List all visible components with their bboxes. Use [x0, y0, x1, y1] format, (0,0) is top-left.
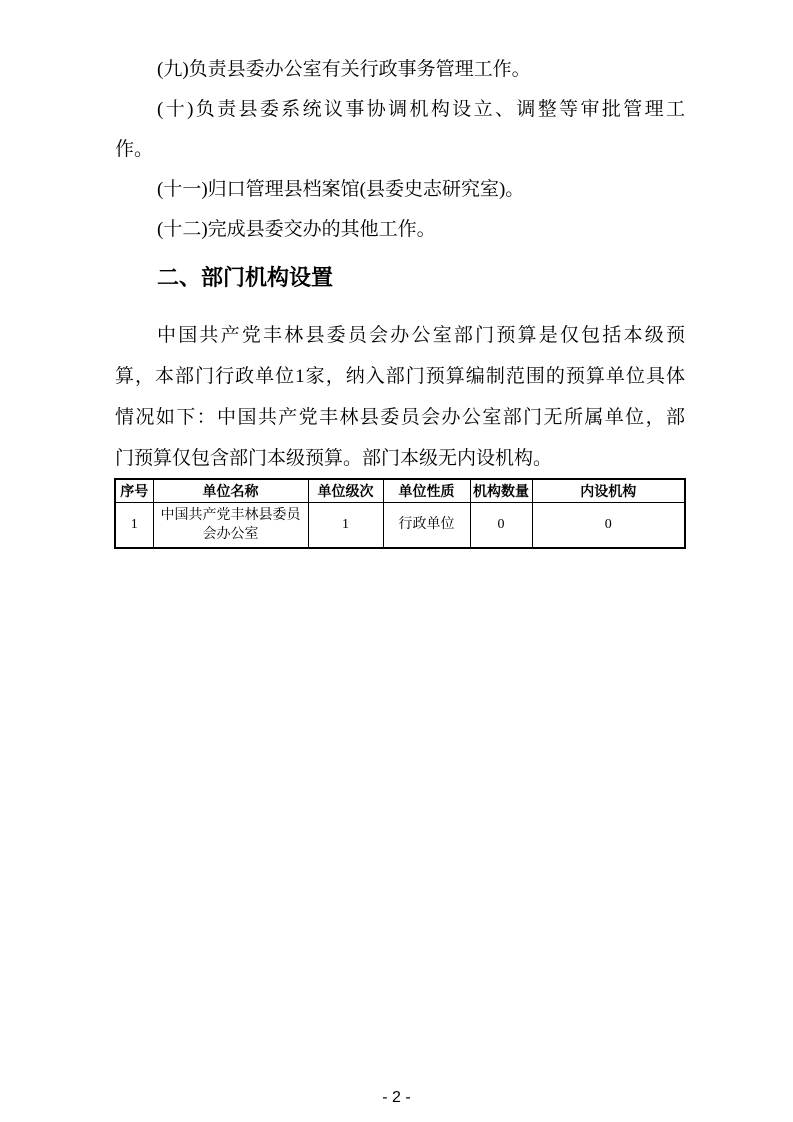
duty-item-12: (十二)完成县委交办的其他工作。 — [115, 210, 685, 250]
cell-unit-name: 中国共产党丰林县委员会办公室 — [153, 502, 308, 548]
org-paragraph-line-1: 中国共产党丰林县委员会办公室部门预算是仅包括本级预 — [115, 315, 685, 356]
header-internal-orgs: 内设机构 — [532, 479, 685, 502]
cell-unit-nature: 行政单位 — [383, 502, 470, 548]
cell-internal-orgs: 0 — [532, 502, 685, 548]
org-units-table: 序号 单位名称 单位级次 单位性质 机构数量 内设机构 1 中国共产党丰林县委员… — [114, 478, 686, 549]
duty-item-10-line2: 作。 — [115, 130, 685, 170]
page-number: - 2 - — [0, 1088, 793, 1108]
duty-item-9: (九)负责县委办公室有关行政事务管理工作。 — [115, 50, 685, 90]
table-row: 1 中国共产党丰林县委员会办公室 1 行政单位 0 0 — [115, 502, 685, 548]
org-paragraph-line-4: 门预算仅包含部门本级预算。部门本级无内设机构。 — [115, 438, 685, 479]
document-page: (九)负责县委办公室有关行政事务管理工作。 (十)负责县委系统议事协调机构设立、… — [0, 0, 793, 1122]
org-paragraph-line-3: 情况如下：中国共产党丰林县委员会办公室部门无所属单位，部 — [115, 397, 685, 438]
cell-org-count: 0 — [470, 502, 532, 548]
cell-unit-level: 1 — [308, 502, 383, 548]
header-unit-name: 单位名称 — [153, 479, 308, 502]
org-paragraph-line-2: 算，本部门行政单位1家，纳入部门预算编制范围的预算单位具体 — [115, 356, 685, 397]
header-unit-level: 单位级次 — [308, 479, 383, 502]
duty-item-11: (十一)归口管理县档案馆(县委史志研究室)。 — [115, 170, 685, 210]
table-header-row: 序号 单位名称 单位级次 单位性质 机构数量 内设机构 — [115, 479, 685, 502]
section-heading: 二、部门机构设置 — [115, 263, 685, 293]
org-paragraph: 中国共产党丰林县委员会办公室部门预算是仅包括本级预 算，本部门行政单位1家，纳入… — [115, 315, 685, 479]
header-org-count: 机构数量 — [470, 479, 532, 502]
header-serial-number: 序号 — [115, 479, 153, 502]
duty-item-10-line1: (十)负责县委系统议事协调机构设立、调整等审批管理工 — [115, 90, 685, 130]
duties-list: (九)负责县委办公室有关行政事务管理工作。 (十)负责县委系统议事协调机构设立、… — [115, 50, 685, 250]
cell-serial-number: 1 — [115, 502, 153, 548]
header-unit-nature: 单位性质 — [383, 479, 470, 502]
